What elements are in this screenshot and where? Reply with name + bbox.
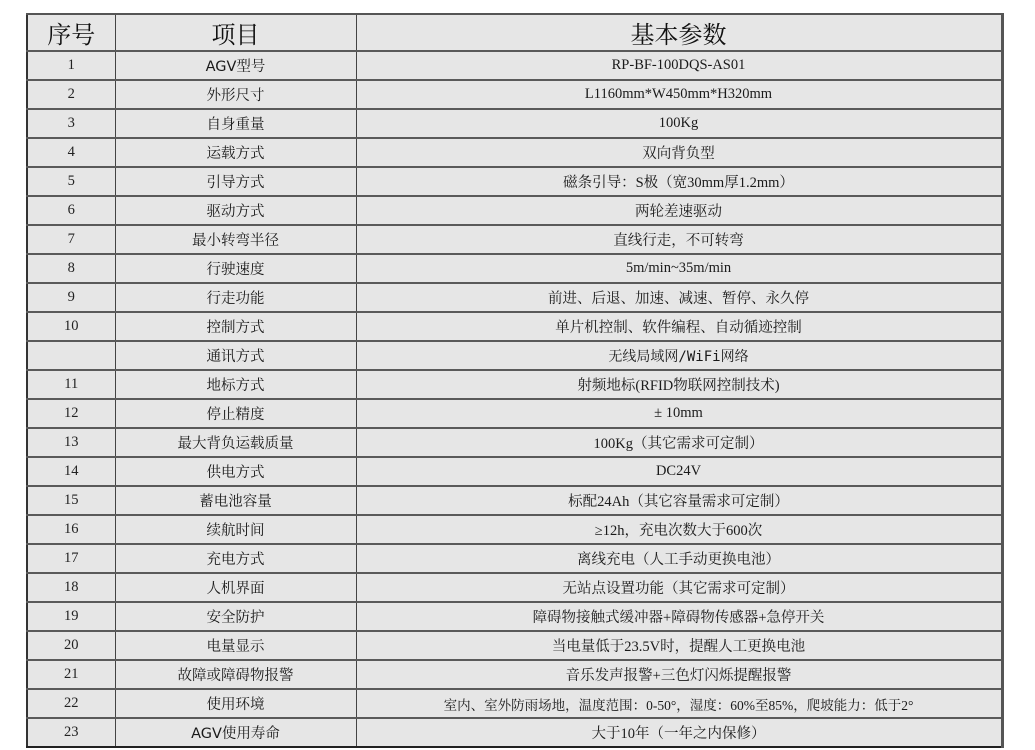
table-row: 6 驱动方式 两轮差速驱动: [27, 196, 1002, 225]
row-value: L1160mm*W450mm*H320mm: [356, 80, 1002, 109]
row-number: 1: [27, 51, 115, 80]
table-row: 17 充电方式 离线充电（人工手动更换电池）: [27, 544, 1002, 573]
row-value: 标配24Ah（其它容量需求可定制）: [356, 486, 1002, 515]
table-row: 1 AGV型号 RP-BF-100DQS-AS01: [27, 51, 1002, 80]
table-row: 8 行驶速度 5m/min~35m/min: [27, 254, 1002, 283]
row-item: 自身重量: [115, 109, 356, 138]
row-item: 外形尺寸: [115, 80, 356, 109]
row-value: RP-BF-100DQS-AS01: [356, 51, 1002, 80]
row-number: 6: [27, 196, 115, 225]
table-row: 18 人机界面 无站点设置功能（其它需求可定制）: [27, 573, 1002, 602]
header-basic-parameters: 基本参数: [356, 14, 1002, 51]
row-value: 无站点设置功能（其它需求可定制）: [356, 573, 1002, 602]
header-serial-number: 序号: [27, 14, 115, 51]
row-number: 20: [27, 631, 115, 660]
row-item: 故障或障碍物报警: [115, 660, 356, 689]
row-item: 最大背负运载质量: [115, 428, 356, 457]
row-item: 地标方式: [115, 370, 356, 399]
row-number: 9: [27, 283, 115, 312]
header-row: 序号 项目 基本参数: [27, 14, 1002, 51]
row-item: 电量显示: [115, 631, 356, 660]
table-row: 23 AGV使用寿命 大于10年（一年之内保修）: [27, 718, 1002, 747]
row-number: 19: [27, 602, 115, 631]
row-number: 16: [27, 515, 115, 544]
table-row: 11 地标方式 射频地标(RFID物联网控制技术): [27, 370, 1002, 399]
table-row: 3 自身重量 100Kg: [27, 109, 1002, 138]
row-value: ≥12h，充电次数大于600次: [356, 515, 1002, 544]
row-value: 障碍物接触式缓冲器+障碍物传感器+急停开关: [356, 602, 1002, 631]
row-item: 最小转弯半径: [115, 225, 356, 254]
row-item: 驱动方式: [115, 196, 356, 225]
row-value: 无线局域网/WiFi网络: [356, 341, 1002, 370]
row-value: DC24V: [356, 457, 1002, 486]
table-row: 15 蓄电池容量 标配24Ah（其它容量需求可定制）: [27, 486, 1002, 515]
table-row: 10 控制方式 单片机控制、软件编程、自动循迹控制: [27, 312, 1002, 341]
row-number: 12: [27, 399, 115, 428]
spec-table-container: 序号 项目 基本参数 1 AGV型号 RP-BF-100DQS-AS01 2 外…: [26, 13, 1001, 748]
table-row: 20 电量显示 当电量低于23.5V时，提醒人工更换电池: [27, 631, 1002, 660]
row-value: 100Kg（其它需求可定制）: [356, 428, 1002, 457]
row-value: 直线行走，不可转弯: [356, 225, 1002, 254]
row-number: 5: [27, 167, 115, 196]
row-number: 13: [27, 428, 115, 457]
row-number: 8: [27, 254, 115, 283]
table-row: 19 安全防护 障碍物接触式缓冲器+障碍物传感器+急停开关: [27, 602, 1002, 631]
row-number: 2: [27, 80, 115, 109]
row-value: 射频地标(RFID物联网控制技术): [356, 370, 1002, 399]
row-number: 23: [27, 718, 115, 747]
row-value: ± 10mm: [356, 399, 1002, 428]
row-value: 两轮差速驱动: [356, 196, 1002, 225]
row-item: 续航时间: [115, 515, 356, 544]
row-number: 14: [27, 457, 115, 486]
table-row: 通讯方式 无线局域网/WiFi网络: [27, 341, 1002, 370]
row-value: 双向背负型: [356, 138, 1002, 167]
header-item: 项目: [115, 14, 356, 51]
row-number: 21: [27, 660, 115, 689]
row-item: 行走功能: [115, 283, 356, 312]
row-item: AGV型号: [115, 51, 356, 80]
row-value: 音乐发声报警+三色灯闪烁提醒报警: [356, 660, 1002, 689]
table-row: 2 外形尺寸 L1160mm*W450mm*H320mm: [27, 80, 1002, 109]
row-number: 11: [27, 370, 115, 399]
row-item: 使用环境: [115, 689, 356, 718]
row-number: 3: [27, 109, 115, 138]
row-item: 行驶速度: [115, 254, 356, 283]
row-item: 停止精度: [115, 399, 356, 428]
row-number: [27, 341, 115, 370]
row-value: 100Kg: [356, 109, 1002, 138]
table-row: 5 引导方式 磁条引导：S极（宽30mm厚1.2mm）: [27, 167, 1002, 196]
row-item: 蓄电池容量: [115, 486, 356, 515]
row-item: 安全防护: [115, 602, 356, 631]
row-item: 通讯方式: [115, 341, 356, 370]
row-number: 15: [27, 486, 115, 515]
table-row: 22 使用环境 室内、室外防雨场地，温度范围：0-50°，湿度：60%至85%，…: [27, 689, 1002, 718]
table-row: 4 运载方式 双向背负型: [27, 138, 1002, 167]
table-row: 9 行走功能 前进、后退、加速、减速、暂停、永久停: [27, 283, 1002, 312]
row-value: 室内、室外防雨场地，温度范围：0-50°，湿度：60%至85%，爬坡能力：低于2…: [356, 689, 1002, 718]
table-row: 12 停止精度 ± 10mm: [27, 399, 1002, 428]
row-item: 引导方式: [115, 167, 356, 196]
row-value: 离线充电（人工手动更换电池）: [356, 544, 1002, 573]
row-value: 前进、后退、加速、减速、暂停、永久停: [356, 283, 1002, 312]
row-value: 大于10年（一年之内保修）: [356, 718, 1002, 747]
row-number: 4: [27, 138, 115, 167]
row-item: 人机界面: [115, 573, 356, 602]
row-number: 10: [27, 312, 115, 341]
row-number: 7: [27, 225, 115, 254]
row-value: 当电量低于23.5V时，提醒人工更换电池: [356, 631, 1002, 660]
row-value: 单片机控制、软件编程、自动循迹控制: [356, 312, 1002, 341]
table-row: 13 最大背负运载质量 100Kg（其它需求可定制）: [27, 428, 1002, 457]
row-value: 磁条引导：S极（宽30mm厚1.2mm）: [356, 167, 1002, 196]
row-item: AGV使用寿命: [115, 718, 356, 747]
row-item: 供电方式: [115, 457, 356, 486]
row-number: 18: [27, 573, 115, 602]
row-item: 运载方式: [115, 138, 356, 167]
row-number: 22: [27, 689, 115, 718]
table-row: 14 供电方式 DC24V: [27, 457, 1002, 486]
table-row: 16 续航时间 ≥12h，充电次数大于600次: [27, 515, 1002, 544]
table-row: 21 故障或障碍物报警 音乐发声报警+三色灯闪烁提醒报警: [27, 660, 1002, 689]
table-row: 7 最小转弯半径 直线行走，不可转弯: [27, 225, 1002, 254]
agv-spec-table: 序号 项目 基本参数 1 AGV型号 RP-BF-100DQS-AS01 2 外…: [26, 13, 1004, 748]
row-number: 17: [27, 544, 115, 573]
row-value: 5m/min~35m/min: [356, 254, 1002, 283]
row-item: 控制方式: [115, 312, 356, 341]
row-item: 充电方式: [115, 544, 356, 573]
